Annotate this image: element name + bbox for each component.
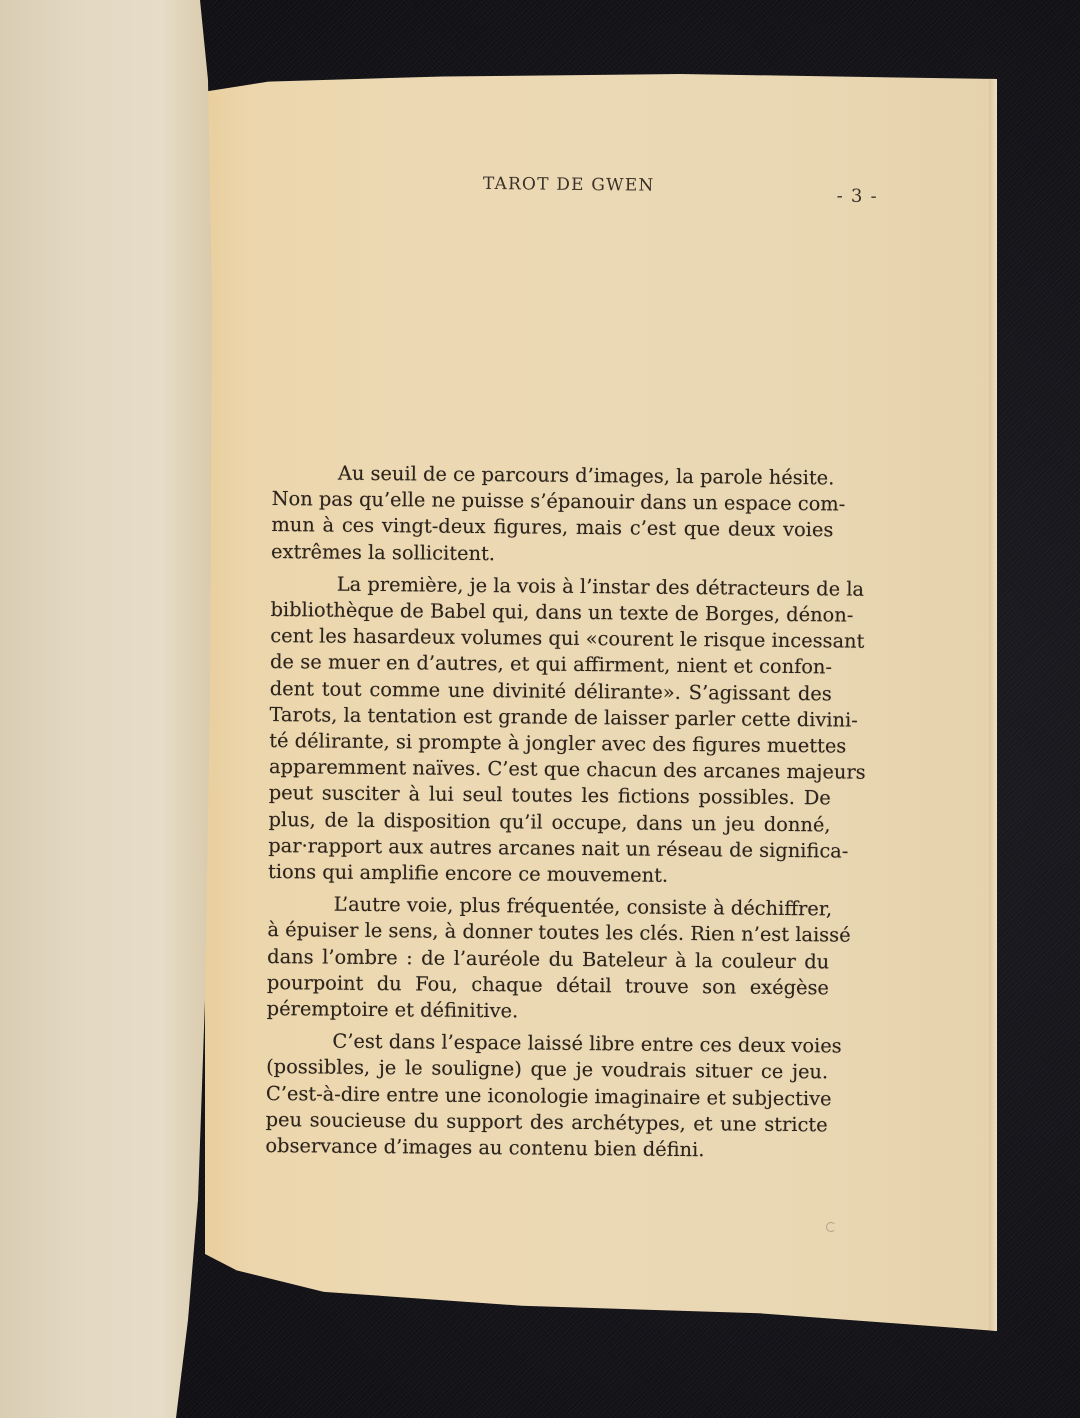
paragraph-2: La première, je la vois à l’instar des d…	[268, 571, 833, 891]
paragraph-1: Au seuil de ce parcours d’images, la par…	[271, 460, 834, 570]
body-text: Au seuil de ce parcours d’images, la par…	[265, 460, 834, 1165]
text-line: extrêmes la sollicitent.	[271, 539, 833, 571]
paragraph-3: L’autre voie, plus fréquentée, consiste …	[267, 891, 830, 1027]
page-edge	[989, 74, 997, 1336]
running-header-title: TAROT DE GWEN	[483, 174, 655, 196]
text-line: observance d’images au contenu bien défi…	[265, 1133, 827, 1165]
page-number: - 3 -	[837, 186, 878, 207]
paragraph-4: C’est dans l’espace laissé libre entre c…	[265, 1028, 828, 1164]
left-book-page-curl	[0, 0, 215, 1418]
paper-blemish	[826, 1222, 836, 1232]
